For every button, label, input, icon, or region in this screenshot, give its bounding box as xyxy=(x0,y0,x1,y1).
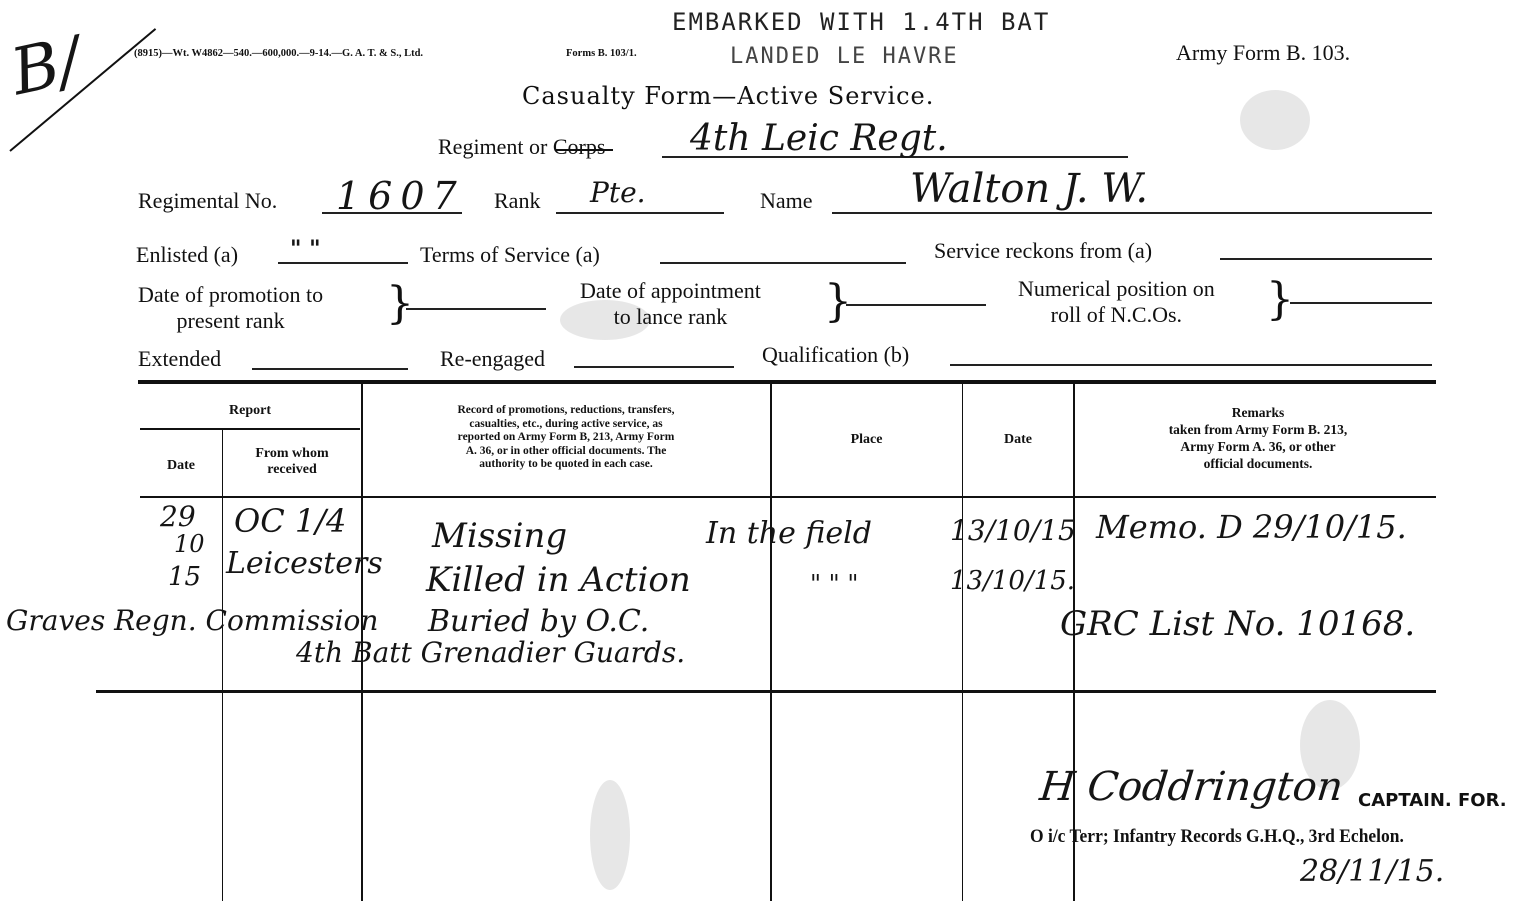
service-reckons-label: Service reckons from (a) xyxy=(934,238,1152,264)
header-date-2: Date xyxy=(963,432,1073,448)
reengaged-label: Re-engaged xyxy=(440,346,545,372)
header-record-line5: authority to be quoted in each case. xyxy=(396,458,736,472)
table-top-rule xyxy=(138,380,1436,384)
name-label: Name xyxy=(760,188,813,214)
captain-label: CAPTAIN. FOR. xyxy=(1358,790,1507,811)
regimental-no-value: 1607 xyxy=(336,174,465,218)
column-divider xyxy=(222,430,223,901)
report-subheader-rule xyxy=(140,428,360,430)
date-row1: 13/10/15 xyxy=(950,514,1076,547)
header-report: Report xyxy=(140,403,360,419)
report-from-line2: Leicesters xyxy=(226,546,383,581)
column-divider xyxy=(962,384,963,901)
header-place: Place xyxy=(771,432,962,448)
promotion-field[interactable] xyxy=(406,294,546,310)
nco-label-line2: roll of N.C.Os. xyxy=(1018,302,1215,328)
enlisted-label: Enlisted (a) xyxy=(136,242,238,268)
print-code: (8915)—Wt. W4862—540.—600,000.—9-14.—G. … xyxy=(134,48,423,59)
header-record-line3: reported on Army Form B, 213, Army Form xyxy=(396,431,736,445)
qualification-field[interactable] xyxy=(950,350,1432,366)
regiment-label: Regiment or Corps xyxy=(438,134,605,160)
promotion-label: Date of promotion to present rank xyxy=(138,282,323,334)
report-date-year: 15 xyxy=(168,562,201,592)
table-body-rule xyxy=(96,690,1436,693)
regimental-no-label: Regimental No. xyxy=(138,188,277,214)
header-from-whom: From whom received xyxy=(222,446,362,478)
lance-rank-label: Date of appointment to lance rank xyxy=(580,278,761,330)
remarks-grc-list: GRC List No. 10168. xyxy=(1060,604,1415,644)
page-title: Casualty Form—Active Service. xyxy=(522,82,934,110)
lance-label-line1: Date of appointment xyxy=(580,278,761,304)
report-date-day: 29 xyxy=(160,500,196,533)
qualification-label: Qualification (b) xyxy=(762,342,909,368)
header-record-line2: casualties, etc., during active service,… xyxy=(396,418,736,432)
stamp-landed: LANDED LE HAVRE xyxy=(730,44,959,69)
header-record-line4: A. 36, or in other official documents. T… xyxy=(396,445,736,459)
name-value: Walton J. W. xyxy=(910,166,1148,212)
scan-smudge xyxy=(1240,90,1310,150)
header-from-whom-line2: received xyxy=(222,462,362,478)
extended-field[interactable] xyxy=(252,354,408,370)
nco-position-field[interactable] xyxy=(1290,288,1432,304)
record-grenadier-guards: 4th Batt Grenadier Guards. xyxy=(296,636,685,669)
place-in-the-field: In the field xyxy=(706,516,872,551)
header-record-line1: Record of promotions, reductions, transf… xyxy=(396,404,736,418)
graves-registration-commission: Graves Regn. Commission xyxy=(6,604,378,637)
rank-value: Pte. xyxy=(590,176,646,209)
terms-field[interactable] xyxy=(660,248,906,264)
terms-label: Terms of Service (a) xyxy=(420,242,600,268)
record-missing: Missing xyxy=(432,516,567,556)
army-form-number: Army Form B. 103. xyxy=(1176,40,1350,66)
promotion-label-line1: Date of promotion to xyxy=(138,282,323,308)
officer-signature: H Coddrington xyxy=(1038,764,1346,810)
place-ditto: " " " xyxy=(810,570,858,598)
header-remarks-line2: taken from Army Form B. 213, xyxy=(1080,421,1436,438)
enlisted-value: " " xyxy=(290,236,321,262)
column-divider xyxy=(770,384,772,901)
records-office: O i/c Terr; Infantry Records G.H.Q., 3rd… xyxy=(1030,826,1404,848)
report-from-line1: OC 1/4 xyxy=(234,502,346,540)
date-row2: 13/10/15. xyxy=(950,566,1075,596)
rank-label: Rank xyxy=(494,188,540,214)
stamp-embarked: EMBARKED WITH 1.4TH BAT xyxy=(672,8,1050,36)
report-date-month: 10 xyxy=(174,530,205,558)
header-remarks-line3: Army Form A. 36, or other xyxy=(1080,438,1436,455)
strikethrough xyxy=(555,149,613,151)
header-remarks: Remarks taken from Army Form B. 213, Arm… xyxy=(1080,404,1436,472)
header-from-whom-line1: From whom xyxy=(222,446,362,462)
record-buried-by: Buried by O.C. xyxy=(428,604,649,639)
header-remarks-line1: Remarks xyxy=(1080,404,1436,421)
header-remarks-line4: official documents. xyxy=(1080,455,1436,472)
extended-label: Extended xyxy=(138,346,221,372)
nco-position-label: Numerical position on roll of N.C.Os. xyxy=(1018,276,1215,328)
table-header-rule xyxy=(140,496,1436,498)
header-record: Record of promotions, reductions, transf… xyxy=(396,404,736,472)
forms-reference: Forms B. 103/1. xyxy=(566,48,637,59)
remarks-memo: Memo. D 29/10/15. xyxy=(1096,508,1407,546)
lance-label-line2: to lance rank xyxy=(580,304,761,330)
reengaged-field[interactable] xyxy=(574,352,734,368)
header-date: Date xyxy=(140,458,222,474)
scan-smudge xyxy=(590,780,630,890)
service-reckons-field[interactable] xyxy=(1220,244,1432,260)
lance-rank-field[interactable] xyxy=(846,290,986,306)
record-killed-in-action: Killed in Action xyxy=(426,560,691,600)
signature-date: 28/11/15. xyxy=(1300,854,1444,889)
regiment-value: 4th Leic Regt. xyxy=(690,118,948,159)
nco-label-line1: Numerical position on xyxy=(1018,276,1215,302)
promotion-label-line2: present rank xyxy=(138,308,323,334)
